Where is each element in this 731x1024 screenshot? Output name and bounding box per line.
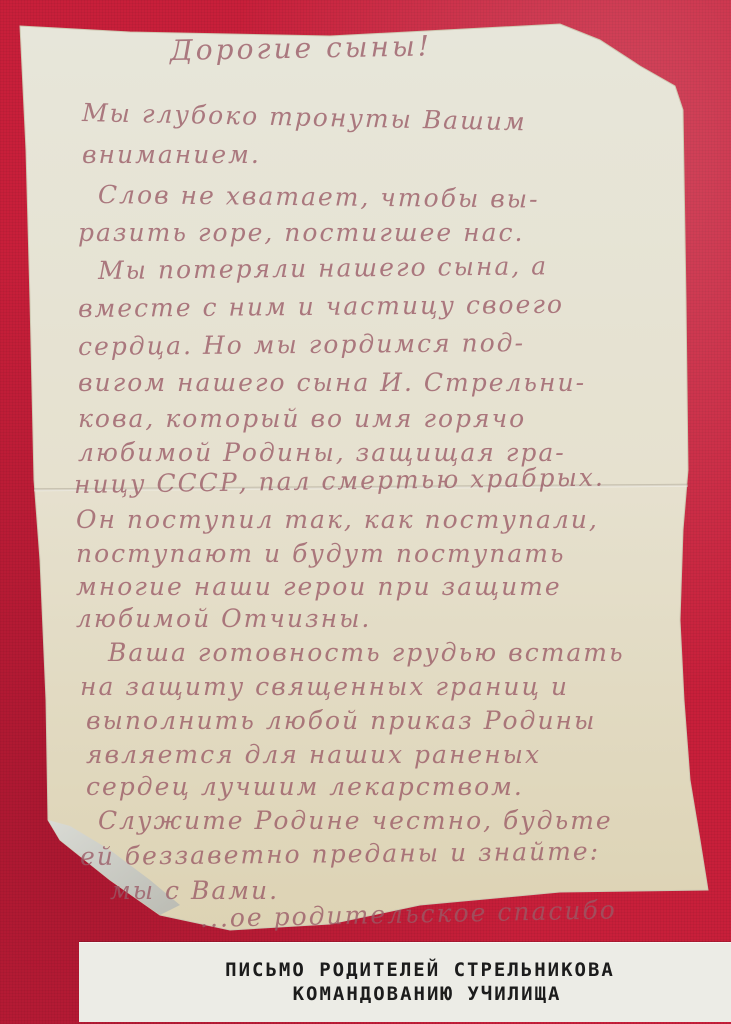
letter-line: Мы потеряли нашего сына, а	[98, 251, 548, 285]
letter-line: на защиту священных границ и	[80, 672, 569, 701]
letter-line: Слов не хватает, чтобы вы-	[98, 180, 540, 214]
letter-line: поступают и будут поступать	[76, 539, 566, 568]
letter-line: Мы глубоко тронуты Вашим	[82, 98, 527, 136]
letter-line: вигом нашего сына И. Стрельни-	[78, 368, 586, 397]
letter-line: выполнить любой приказ Родины	[86, 706, 596, 735]
letter-line: любимой Родины, защищая гра-	[78, 438, 566, 467]
handwritten-letter: Дорогие сыны! Мы глубоко тронуты Вашим в…	[0, 0, 731, 940]
letter-line: сердец лучшим лекарством.	[86, 772, 524, 801]
letter-line: вниманием.	[82, 140, 261, 169]
letter-line: мы с Вами.	[110, 876, 279, 905]
letter-greeting: Дорогие сыны!	[170, 29, 433, 67]
letter-line: ей беззаветно преданы и знайте:	[80, 837, 600, 871]
letter-line: любимой Отчизны.	[76, 604, 371, 633]
letter-line: многие наши герои при защите	[76, 572, 562, 601]
caption-line-2: КОМАНДОВАНИЮ УЧИЛИЩА	[293, 982, 562, 1006]
letter-line: кова, который во имя горячо	[78, 404, 526, 433]
letter-line: Ваша готовность грудью встать	[108, 638, 625, 667]
letter-line: ницу СССР, пал смертью храбрых.	[74, 463, 605, 499]
letter-line: Служите Родине честно, будьте	[98, 806, 613, 835]
caption-line-1: ПИСЬМО РОДИТЕЛЕЙ СТРЕЛЬНИКОВА	[225, 958, 615, 982]
letter-line: вместе с ним и частицу своего	[78, 290, 564, 323]
letter-line: сердца. Но мы гордимся под-	[78, 328, 525, 361]
museum-exhibit: Дорогие сыны! Мы глубоко тронуты Вашим в…	[0, 0, 731, 1024]
letter-line: Он поступил так, как поступали,	[76, 505, 599, 534]
letter-line: разить горе, постигшее нас.	[78, 218, 524, 247]
exhibit-caption-card: ПИСЬМО РОДИТЕЛЕЙ СТРЕЛЬНИКОВА КОМАНДОВАН…	[79, 942, 731, 1022]
letter-line: является для наших раненых	[86, 740, 541, 769]
